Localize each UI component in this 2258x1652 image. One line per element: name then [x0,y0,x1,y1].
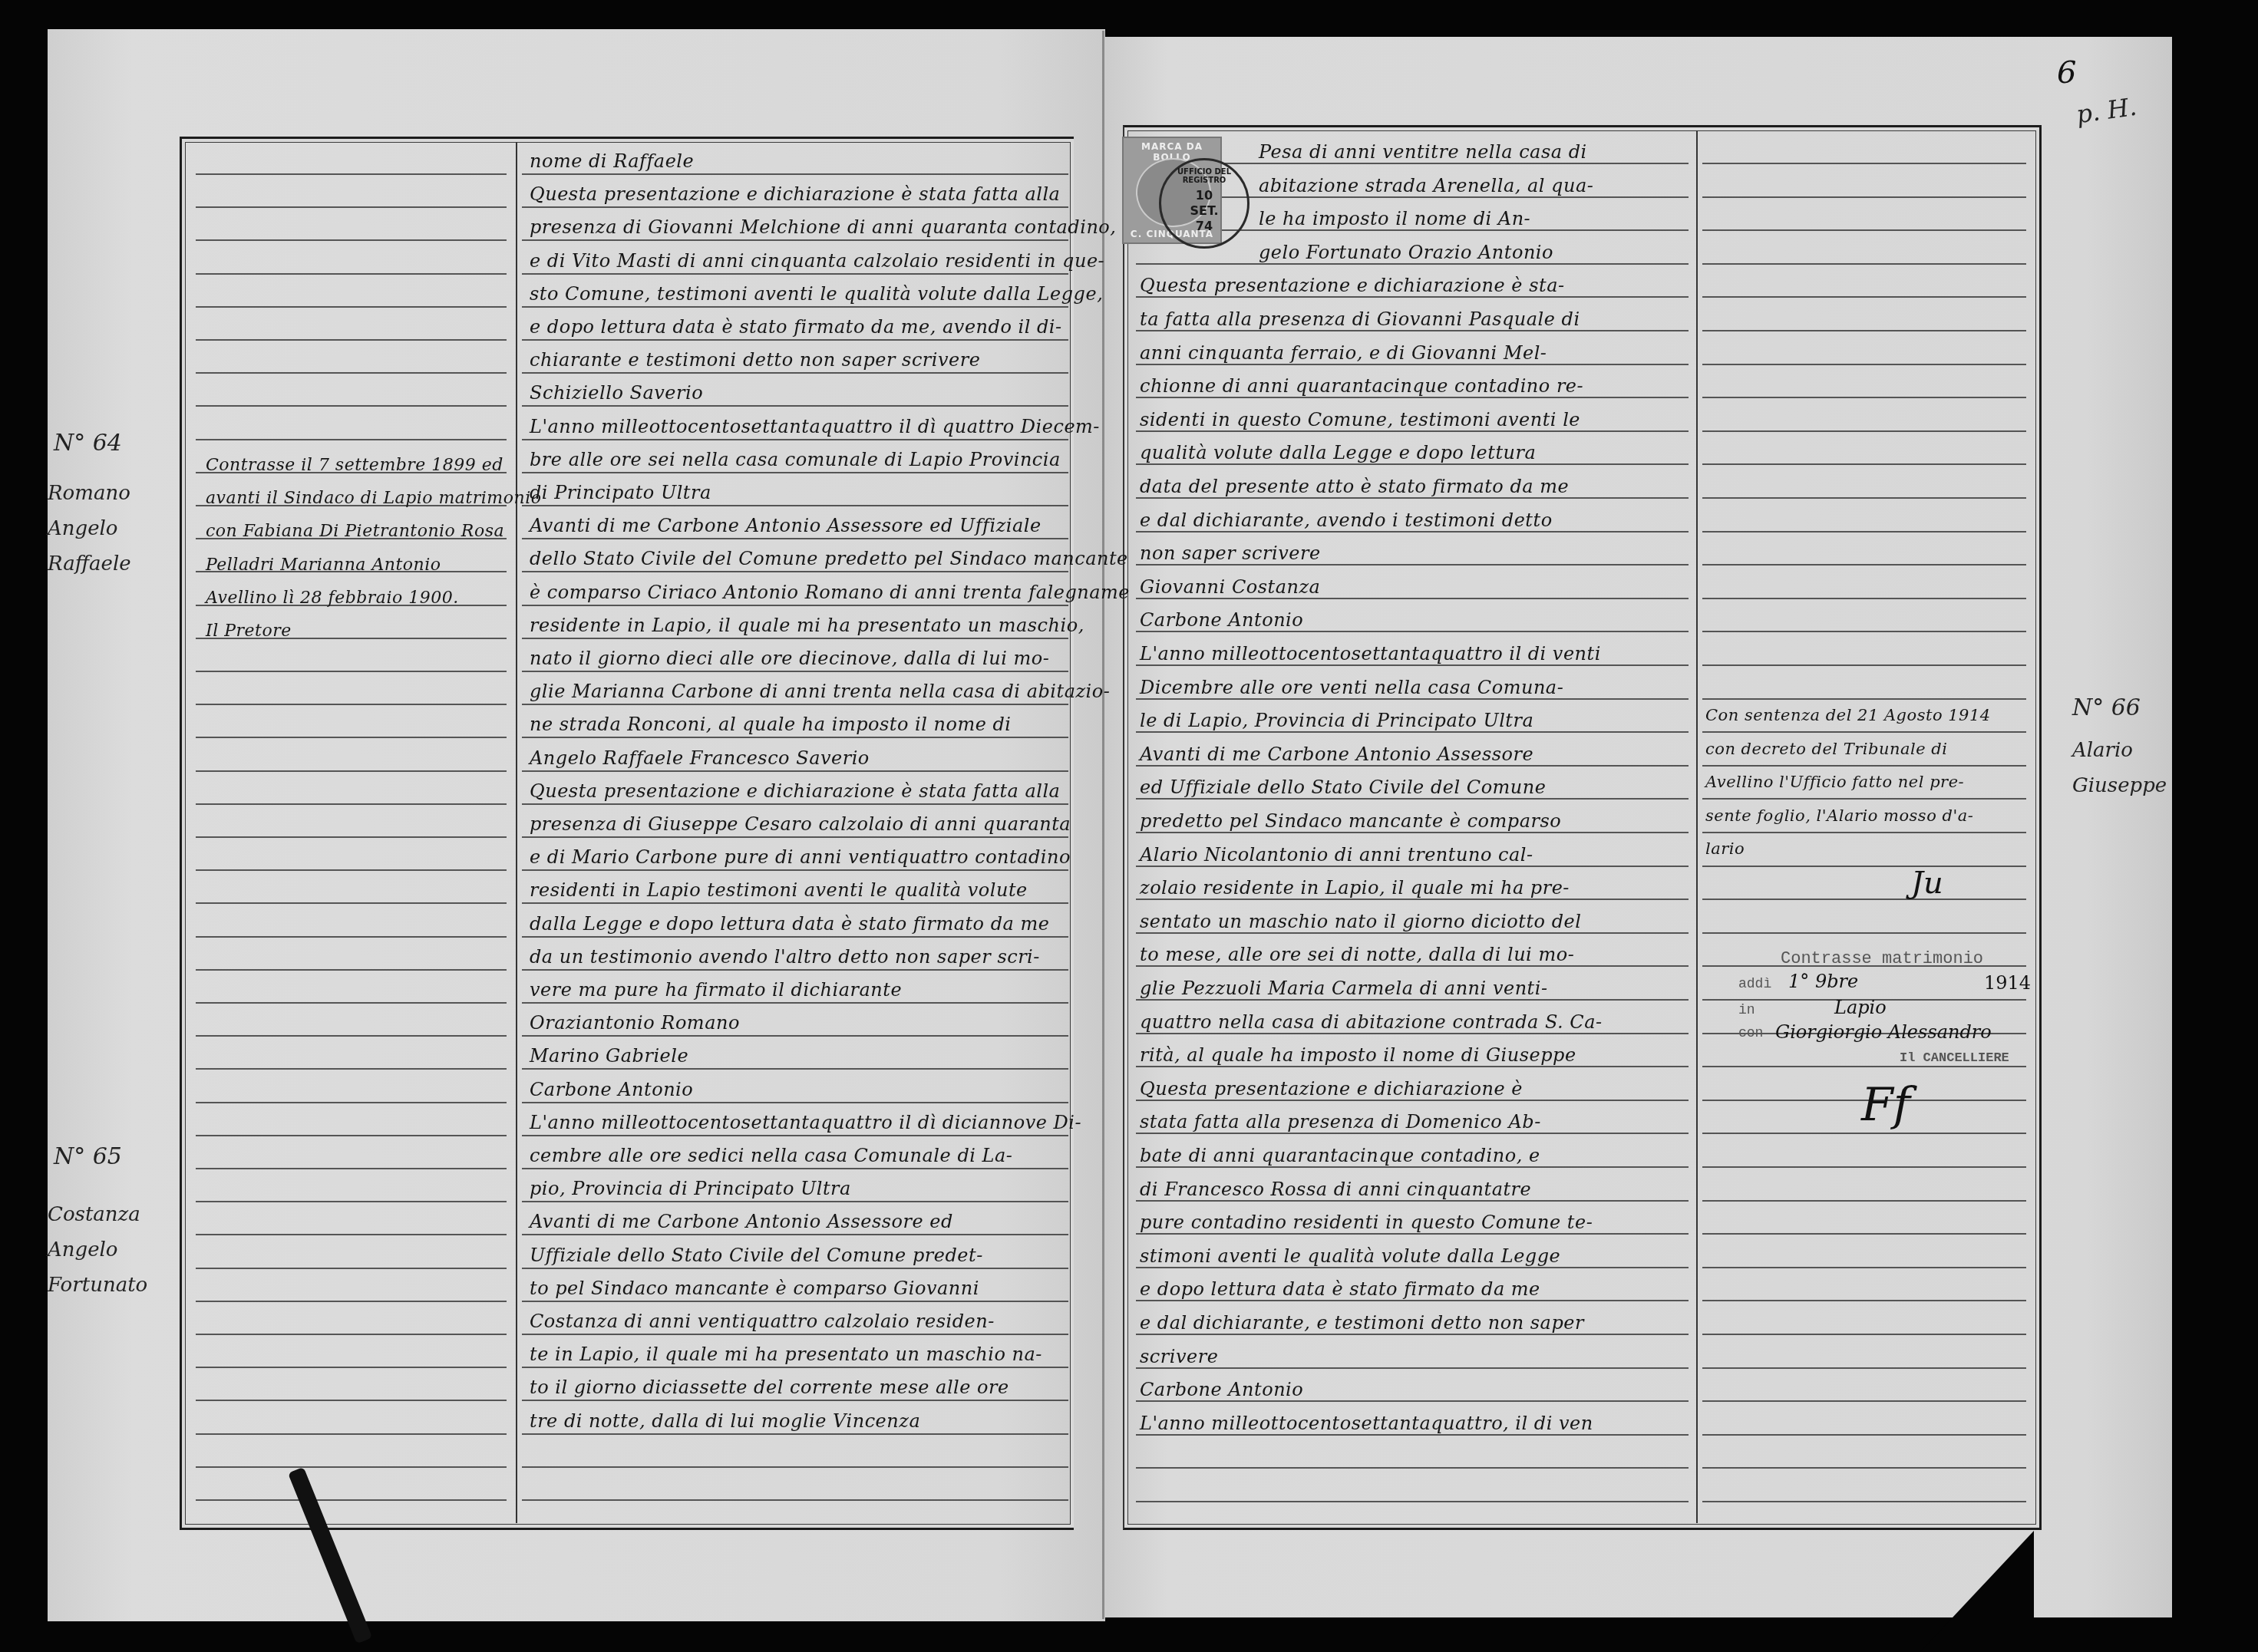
ruled-line [1136,397,1689,398]
annotation-signature: Ju [1911,866,1943,901]
handwritten-line: data del presente atto è stato firmato d… [1140,477,1569,496]
handwritten-line: bate di anni quarantacinque contadino, e [1140,1146,1540,1165]
handwritten-line: sente foglio, l'Alario mosso d'a- [1705,808,1973,824]
handwritten-line: Costanza di anni ventiquattro calzolaio … [530,1312,995,1331]
handwritten-line: stata fatta alla presenza di Domenico Ab… [1140,1113,1541,1131]
ruled-line [522,1035,1068,1037]
handwritten-line: avanti il Sindaco di Lapio matrimonio [206,490,541,507]
ruled-line [1136,1434,1689,1436]
ruled-line [1702,531,2026,533]
ruled-line [196,1234,507,1235]
handwritten-line: chionne di anni quarantacinque contadino… [1140,377,1583,395]
ruled-line [1702,364,2026,365]
ruled-line [1136,1367,1689,1369]
ruled-line [1702,932,2026,934]
ruled-line [1702,899,2026,900]
ruled-line [196,836,507,838]
ruled-line [1136,364,1689,365]
handwritten-line: anni cinquanta ferraio, e di Giovanni Me… [1140,344,1547,362]
ruled-line [196,273,507,275]
ruled-line [1136,564,1689,566]
ruled-line [522,1499,1068,1501]
handwritten-line: e di Mario Carbone pure di anni ventiqua… [530,848,1071,866]
ruled-line [1136,765,1689,767]
ruled-line [522,206,1068,208]
ruled-line [1702,1434,2026,1436]
handwritten-line: e dopo lettura data è stato firmato da m… [530,318,1062,336]
ruled-line [1136,1033,1689,1034]
ruled-line [1702,1334,2026,1335]
handwritten-line: e di Vito Masti di anni cinquanta calzol… [530,252,1104,270]
handwritten-line: L'anno milleottocentosettantaquattro il … [530,1113,1081,1132]
ruled-line [522,1433,1068,1435]
margin-note-name: Romano Angelo Raffaele [48,476,178,582]
handwritten-line: L'anno milleottocentosettantaquattro, il… [1140,1414,1593,1433]
handwritten-line: e dal dichiarante, avendo i testimoni de… [1140,511,1553,529]
postmark-year: 74 [1161,219,1247,234]
handwritten-line: qualità volute dalla Legge e dopo lettur… [1140,444,1536,462]
in-label: in [1738,1003,1755,1018]
ruled-line [522,770,1068,772]
handwritten-line: Carbone Antonio [1140,1380,1303,1399]
handwritten-line: Avellino l'Ufficio fatto nel pre- [1705,774,1964,790]
handwritten-line: quattro nella casa di abitazione contrad… [1140,1013,1603,1031]
ruled-line [1702,1200,2026,1202]
handwritten-line: glie Pezzuoli Maria Carmela di anni vent… [1140,979,1548,997]
ruled-line [522,605,1068,606]
addi-label: addì [1738,977,1771,992]
handwritten-line: Questa presentazione e dichiarazione è s… [530,782,1060,800]
handwritten-line: L'anno milleottocentosettantaquattro il … [1140,645,1601,663]
ruled-line [522,1201,1068,1202]
handwritten-line: to il giorno diciassette del corrente me… [530,1378,1009,1396]
handwritten-line: sentato un maschio nato il giorno diciot… [1140,912,1581,931]
ruled-line [522,339,1068,341]
ruled-line [1702,832,2026,833]
handwritten-line: stimoni aventi le qualità volute dalla L… [1140,1247,1560,1265]
postmark-ring-text: UFFICIO DEL REGISTRO [1161,168,1247,185]
ruled-line [522,273,1068,275]
ruled-line [522,1334,1068,1335]
ruled-line [522,173,1068,175]
ruled-line [1702,866,2026,867]
margin-note-number: N° 65 [54,1143,122,1170]
ruled-line [522,1135,1068,1136]
ruled-line [522,306,1068,308]
ruled-line [1136,1233,1689,1235]
ruled-line [522,1234,1068,1235]
handwritten-line: con decreto del Tribunale di [1705,741,1947,757]
margin-note-name: Alario Giuseppe [2072,733,2157,803]
handwritten-line: ta fatta alla presenza di Giovanni Pasqu… [1140,310,1580,328]
handwritten-line: è comparso Ciriaco Antonio Romano di ann… [530,583,1130,602]
ruled-line [196,1268,507,1269]
ruled-line [1136,999,1689,1001]
ruled-line [196,936,507,938]
ruled-line [522,1102,1068,1103]
handwritten-line: nome di Raffaele [530,152,694,170]
ruled-line [196,1201,507,1202]
handwritten-line: Avanti di me Carbone Antonio Assessore e… [530,1212,953,1231]
ruled-line [1702,330,2026,331]
handwritten-line: chiarante e testimoni detto non saper sc… [530,351,980,369]
handwritten-line: Contrasse il 7 settembre 1899 ed [206,457,503,474]
handwritten-line: abitazione strada Arenella, al qua- [1259,176,1593,195]
ruled-line [1136,531,1689,533]
handwritten-line: Pesa di anni ventitre nella casa di [1259,143,1587,161]
ruled-line [522,902,1068,904]
ruled-line [1136,1267,1689,1268]
ruled-line [1702,798,2026,800]
ruled-line [1702,497,2026,499]
ruled-line [1136,1200,1689,1202]
handwritten-line: con Fabiana Di Pietrantonio Rosa [206,523,504,540]
ruled-line [196,1068,507,1070]
handwritten-line: presenza di Giovanni Melchione di anni q… [530,218,1116,236]
ruled-line [1702,196,2026,198]
handwritten-line: non saper scrivere [1140,544,1321,562]
ruled-line [1702,1400,2026,1402]
ruled-line [1136,330,1689,331]
handwritten-line: L'anno milleottocentosettantaquattro il … [530,417,1100,436]
ruled-line [1702,163,2026,164]
ruled-line [196,1135,507,1136]
ruled-line [196,1035,507,1037]
ruled-line [522,803,1068,805]
ruled-line [1136,1501,1689,1502]
ruled-line [522,405,1068,407]
ruled-line [196,1499,507,1501]
handwritten-line: e dal dichiarante, e testimoni detto non… [1140,1314,1584,1332]
ruled-line [1702,1133,2026,1134]
marriage-stamp: Contrasse matrimonio addì 1° 9bre 1914 i… [1708,940,2015,1055]
ruled-line [1702,229,2026,231]
handwritten-line: da un testimonio avendo l'altro detto no… [530,948,1040,966]
ruled-line [1136,731,1689,733]
postmark: UFFICIO DEL REGISTRO 10 SET. 74 [1159,158,1249,249]
ruled-line [1702,1501,2026,1502]
cancelliere-signature: Ff [1861,1078,1910,1132]
ruled-line [196,1168,507,1169]
ruled-line [1702,430,2026,432]
handwritten-line: residenti in Lapio testimoni aventi le q… [530,881,1028,899]
ruled-line [1136,263,1689,265]
ruled-line [1136,1166,1689,1168]
ruled-line [196,1102,507,1103]
marriage-year: 1914 [1984,972,2031,994]
ruled-line [522,538,1068,539]
handwritten-line: Carbone Antonio [530,1080,693,1099]
ruled-line [196,173,507,175]
ruled-line [1702,463,2026,465]
con-value: Giorgiorgio Alessandro [1775,1021,1992,1043]
ruled-line [522,671,1068,672]
ruled-line [522,1068,1068,1070]
left-column-divider [516,142,517,1523]
margin-note-number: N° 66 [2072,694,2141,721]
ruled-line [522,239,1068,241]
ruled-line [1702,1166,2026,1168]
ruled-line [196,969,507,971]
ruled-line [196,1301,507,1302]
handwritten-line: presenza di Giuseppe Cesaro calzolaio di… [530,815,1071,833]
ruled-line [196,770,507,772]
ruled-line [1136,1334,1689,1335]
ruled-line [1136,1467,1689,1469]
handwritten-line: dalla Legge e dopo lettura data è stato … [530,915,1049,933]
handwritten-line: le ha imposto il nome di An- [1259,209,1530,228]
ruled-line [196,803,507,805]
handwritten-line: bre alle ore sei nella casa comunale di … [530,450,1061,469]
handwritten-line: Con sentenza del 21 Agosto 1914 [1705,707,1991,724]
ruled-line [1136,798,1689,800]
handwritten-line: ed Uffiziale dello Stato Civile del Comu… [1140,778,1546,796]
in-value: Lapio [1834,997,1887,1018]
margin-note-name: Costanza Angelo Fortunato [48,1197,178,1303]
ruled-line [196,306,507,308]
ruled-line [196,737,507,738]
handwritten-line: dello Stato Civile del Comune predetto p… [530,549,1128,568]
ruled-line [1136,497,1689,499]
handwritten-line: rità, al quale ha imposto il nome di Giu… [1140,1046,1576,1064]
ruled-line [522,1466,1068,1468]
ruled-line [1702,1467,2026,1469]
handwritten-line: sidenti in questo Comune, testimoni aven… [1140,411,1580,429]
handwritten-line: to mese, alle ore sei di notte, dalla di… [1140,945,1574,964]
ruled-line [1136,866,1689,867]
page-shadow [1919,1531,2034,1652]
handwritten-line: pio, Provincia di Principato Ultra [530,1179,851,1198]
ruled-line [1702,664,2026,666]
handwritten-line: Uffiziale dello Stato Civile del Comune … [530,1246,983,1265]
ruled-line [196,902,507,904]
handwritten-line: predetto pel Sindaco mancante è comparso [1140,812,1561,830]
ruled-line [1702,698,2026,700]
ruled-line [1702,1300,2026,1301]
ruled-line [196,1466,507,1468]
postmark-day: 10 [1161,188,1247,203]
cancelliere-label: Il CANCELLIERE [1900,1051,2009,1066]
ruled-line [522,704,1068,705]
handwritten-line: di Francesco Rossa di anni cinquantatre [1140,1180,1531,1199]
ruled-line [522,936,1068,938]
ruled-line [522,1301,1068,1302]
ruled-line [522,571,1068,572]
handwritten-line: te in Lapio, il quale mi ha presentato u… [530,1345,1042,1363]
ruled-line [522,505,1068,506]
ruled-line [1136,965,1689,967]
handwritten-line: residente in Lapio, il quale mi ha prese… [530,616,1084,635]
handwritten-line: cembre alle ore sedici nella casa Comuna… [530,1146,1012,1165]
ruled-line [1136,664,1689,666]
ruled-line [522,836,1068,838]
ruled-line [1136,932,1689,934]
handwritten-line: vere ma pure ha firmato il dichiarante [530,981,902,999]
ruled-line [196,1334,507,1335]
handwritten-line: to pel Sindaco mancante è comparso Giova… [530,1279,979,1298]
ruled-line [1702,564,2026,566]
ruled-line [1136,1066,1689,1067]
handwritten-line: Marino Gabriele [530,1047,688,1065]
con-label: con [1738,1026,1763,1041]
ruled-line [1136,463,1689,465]
handwritten-line: Schiziello Saverio [530,384,703,402]
handwritten-line: Carbone Antonio [1140,611,1303,629]
ruled-line [196,372,507,374]
handwritten-line: Il Pretore [206,623,292,640]
ruled-line [196,405,507,407]
handwritten-line: ne strada Ronconi, al quale ha imposto i… [530,715,1012,734]
ruled-line [522,1168,1068,1169]
ruled-line [1136,631,1689,632]
ruled-line [1702,598,2026,599]
handwritten-line: lario [1705,841,1745,857]
ruled-line [196,1367,507,1368]
handwritten-line: Angelo Raffaele Francesco Saverio [530,749,870,767]
ruled-line [196,1002,507,1004]
handwritten-line: nato il giorno dieci alle ore diecinove,… [530,649,1049,668]
ruled-line [1136,1400,1689,1402]
ruled-line [522,869,1068,871]
handwritten-line: di Principato Ultra [530,483,711,502]
ruled-line [522,1268,1068,1269]
ruled-line [1136,430,1689,432]
ruled-line [1136,899,1689,900]
marriage-stamp-title: Contrasse matrimonio [1781,949,1983,968]
ruled-line [1136,296,1689,298]
ruled-line [196,1400,507,1401]
handwritten-line: zolaio residente in Lapio, il quale mi h… [1140,879,1570,897]
addi-value: 1° 9bre [1788,971,1858,992]
ruled-line [196,1433,507,1435]
ruled-line [1702,1066,2026,1067]
postmark-month: SET. [1161,203,1247,219]
ruled-line [1702,1367,2026,1369]
ruled-line [1136,1133,1689,1134]
ruled-line [1702,397,2026,398]
handwritten-line: scrivere [1140,1347,1218,1366]
handwritten-line: Pelladri Marianna Antonio [206,557,441,574]
ruled-line [196,439,507,440]
ruled-line [196,671,507,672]
handwritten-line: tre di notte, dalla di lui moglie Vincen… [530,1412,920,1430]
ruled-line [522,638,1068,639]
ruled-line [1702,631,2026,632]
margin-note-number: N° 64 [54,430,122,457]
handwritten-line: glie Marianna Carbone di anni trenta nel… [530,682,1110,701]
ruled-line [1136,832,1689,833]
ruled-line [1702,1233,2026,1235]
ruled-line [196,239,507,241]
handwritten-line: Avellino lì 28 febbraio 1900. [206,590,459,607]
ruled-line [196,869,507,871]
right-column-divider [1696,130,1698,1523]
handwritten-line: gelo Fortunato Orazio Antonio [1259,243,1553,262]
ruled-line [522,472,1068,473]
handwritten-line: Giovanni Costanza [1140,578,1320,596]
ruled-line [196,704,507,705]
handwritten-line: Alario Nicolantonio di anni trentuno cal… [1140,846,1533,864]
ruled-line [1136,598,1689,599]
handwritten-line: le di Lapio, Provincia di Principato Ult… [1140,711,1533,730]
page-number: 6 [2057,55,2076,91]
handwritten-line: pure contadino residenti in questo Comun… [1140,1213,1593,1232]
handwritten-line: Questa presentazione e dichiarazione è s… [1140,276,1565,295]
ruled-line [1702,731,2026,733]
ruled-line [522,1400,1068,1401]
ruled-line [522,969,1068,971]
ruled-line [522,1367,1068,1368]
ruled-line [522,737,1068,738]
ruled-line [1702,1267,2026,1268]
ruled-line [522,372,1068,374]
ruled-line [196,206,507,208]
ruled-line [1136,698,1689,700]
ruled-line [522,1002,1068,1004]
ruled-line [1136,1300,1689,1301]
ruled-line [1702,296,2026,298]
ruled-line [196,339,507,341]
ruled-line [1136,1100,1689,1101]
handwritten-line: Avanti di me Carbone Antonio Assessore e… [530,516,1042,535]
ruled-line [522,439,1068,440]
handwritten-line: Questa presentazione e dichiarazione è [1140,1080,1523,1098]
handwritten-line: Dicembre alle ore venti nella casa Comun… [1140,678,1563,697]
handwritten-line: sto Comune, testimoni aventi le qualità … [530,285,1103,303]
handwritten-line: Oraziantonio Romano [530,1014,740,1032]
ruled-line [1702,263,2026,265]
handwritten-line: e dopo lettura data è stato firmato da m… [1140,1280,1540,1298]
handwritten-line: Questa presentazione e dichiarazione è s… [530,185,1060,203]
handwritten-line: Avanti di me Carbone Antonio Assessore [1140,745,1533,763]
ruled-line [1702,765,2026,767]
